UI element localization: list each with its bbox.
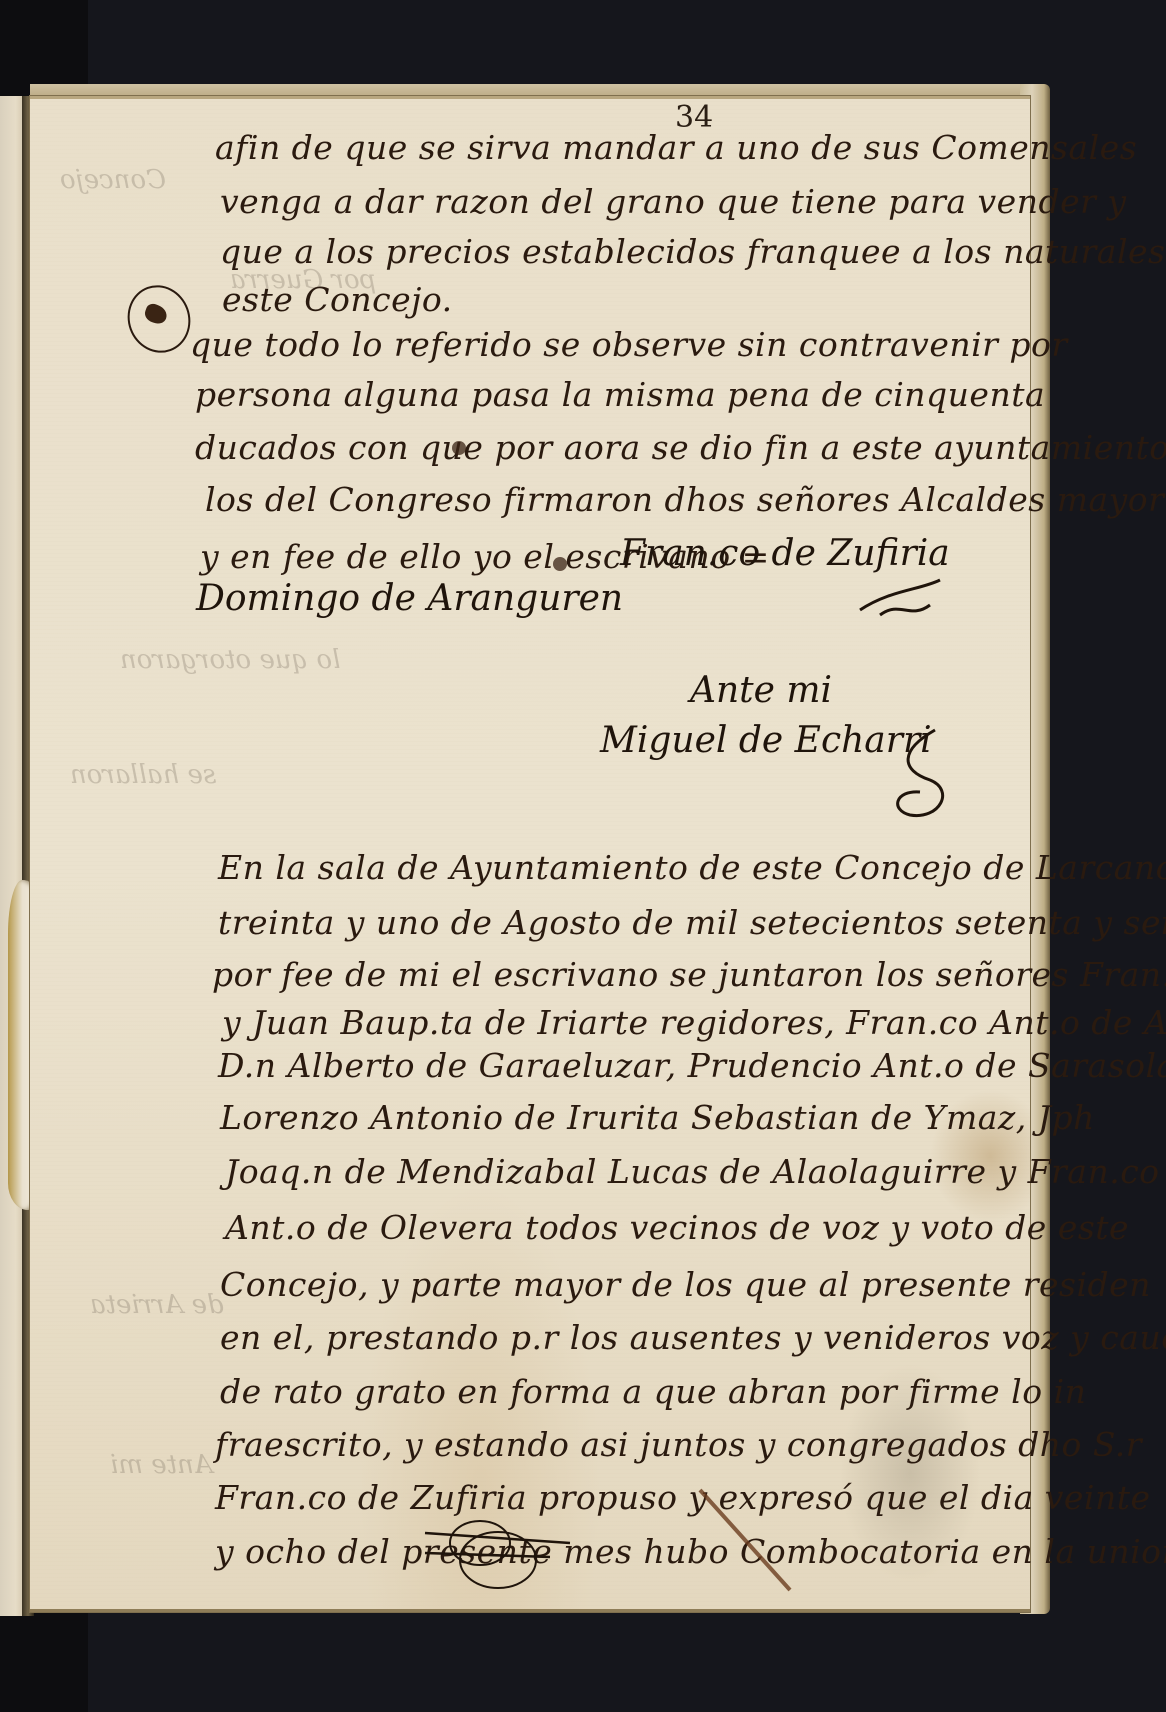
page-end-flourish-icon [420,1505,620,1595]
text-line: este Concejo. [222,280,453,319]
rubric-flourish-icon [850,560,950,640]
text-line: que todo lo referido se observe sin cont… [190,325,1068,364]
text-line: de rato grato en forma a que abran por f… [220,1372,1086,1411]
text-line: por fee de mi el escrivano se juntaron l… [212,955,1166,994]
bleed-through-text: de Arrieta [90,1290,224,1320]
bleed-through-text: Ante mi [110,1450,213,1480]
text-line: persona alguna pasa la misma pena de cin… [195,375,1045,414]
ink-stain-streak [690,1480,810,1600]
bleed-through-text: lo que otorgaron [120,645,340,675]
notary-rubric-icon [880,720,960,830]
signature-domingo-de-aranguren: Domingo de Aranguren [196,578,623,619]
text-line: Concejo, y parte mayor de los que al pre… [220,1265,1151,1304]
text-line: los del Congreso firmaron dhos señores A… [205,480,1164,519]
text-line: treinta y uno de Agosto de mil setecient… [218,903,1166,942]
ante-mi-attestation: Ante mi [690,670,832,711]
text-line: Lorenzo Antonio de Irurita Sebastian de … [220,1098,1095,1137]
bleed-through-text: se hallaron [70,760,216,790]
text-line: ducados con que por aora se dio fin a es… [195,428,1166,467]
text-line: Ant.o de Olevera todos vecinos de voz y … [225,1208,1129,1247]
text-line: En la sala de Ayuntamiento de este Conce… [218,848,1166,887]
text-line: Joaq.n de Mendizabal Lucas de Alaolaguir… [225,1152,1160,1191]
text-line: fraescrito, y estando asi juntos y congr… [215,1425,1142,1464]
text-line: D.n Alberto de Garaeluzar, Prudencio Ant… [218,1046,1166,1085]
text-line: y Juan Baup.ta de Iriarte regidores, Fra… [222,1003,1166,1042]
bleed-through-text: Concejo [60,165,166,195]
ink-blot [452,441,466,455]
text-line: en el, prestando p.r los ausentes y veni… [220,1318,1166,1357]
ink-blot [553,557,567,571]
text-line: afin de que se sirva mandar a uno de sus… [215,128,1137,167]
text-line: venga a dar razon del grano que tiene pa… [220,182,1127,221]
text-line: Fran.co de Zufiria propuso y expresó que… [215,1478,1151,1517]
text-line: que a los precios establecidos franquee … [220,232,1166,271]
